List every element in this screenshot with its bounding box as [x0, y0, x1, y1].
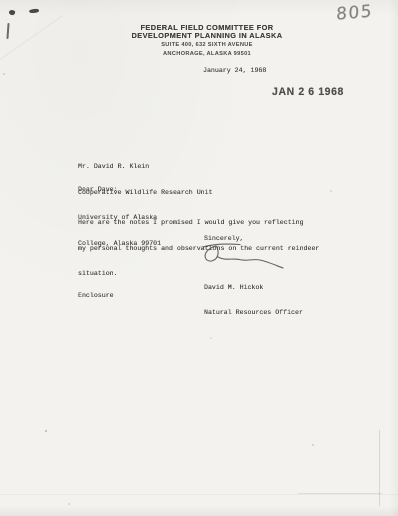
letterhead-address-line1: SUITE 400, 632 SIXTH AVENUE [107, 42, 307, 49]
paper-speck [312, 444, 314, 446]
received-date-stamp: JAN 2 6 1968 [272, 86, 344, 99]
paper-speck [3, 73, 5, 75]
paper-crease [0, 494, 398, 495]
letter-date: January 24, 1968 [203, 67, 266, 76]
ink-mark [29, 8, 39, 13]
letterhead: FEDERAL FIELD COMMITTEE FOR DEVELOPMENT … [107, 24, 307, 58]
letterhead-address-line2: ANCHORAGE, ALASKA 99501 [107, 51, 307, 58]
pencil-archive-number: 805 [336, 1, 373, 24]
signer-name: David M. Hickok [204, 284, 303, 293]
paper-speck [45, 430, 47, 432]
letterhead-org-line2: DEVELOPMENT PLANNING IN ALASKA [107, 32, 307, 40]
body-line: Here are the notes I promised I would gi… [78, 219, 319, 228]
ink-mark [6, 23, 9, 39]
salutation: Dear Dave: [78, 186, 118, 195]
signature-block: David M. Hickok Natural Resources Office… [204, 267, 303, 335]
recipient-name: Mr. David R. Klein [78, 163, 213, 172]
scanned-letter-page: 805 FEDERAL FIELD COMMITTEE FOR DEVELOPM… [0, 0, 398, 516]
paper-speck [68, 503, 70, 505]
handwritten-signature [193, 240, 288, 270]
enclosure-note: Enclosure [78, 292, 114, 301]
paper-speck [330, 190, 332, 192]
paper-speck [210, 337, 212, 339]
signer-title: Natural Resources Officer [204, 309, 303, 318]
ink-mark [8, 9, 15, 16]
paper-crease [0, 15, 63, 62]
